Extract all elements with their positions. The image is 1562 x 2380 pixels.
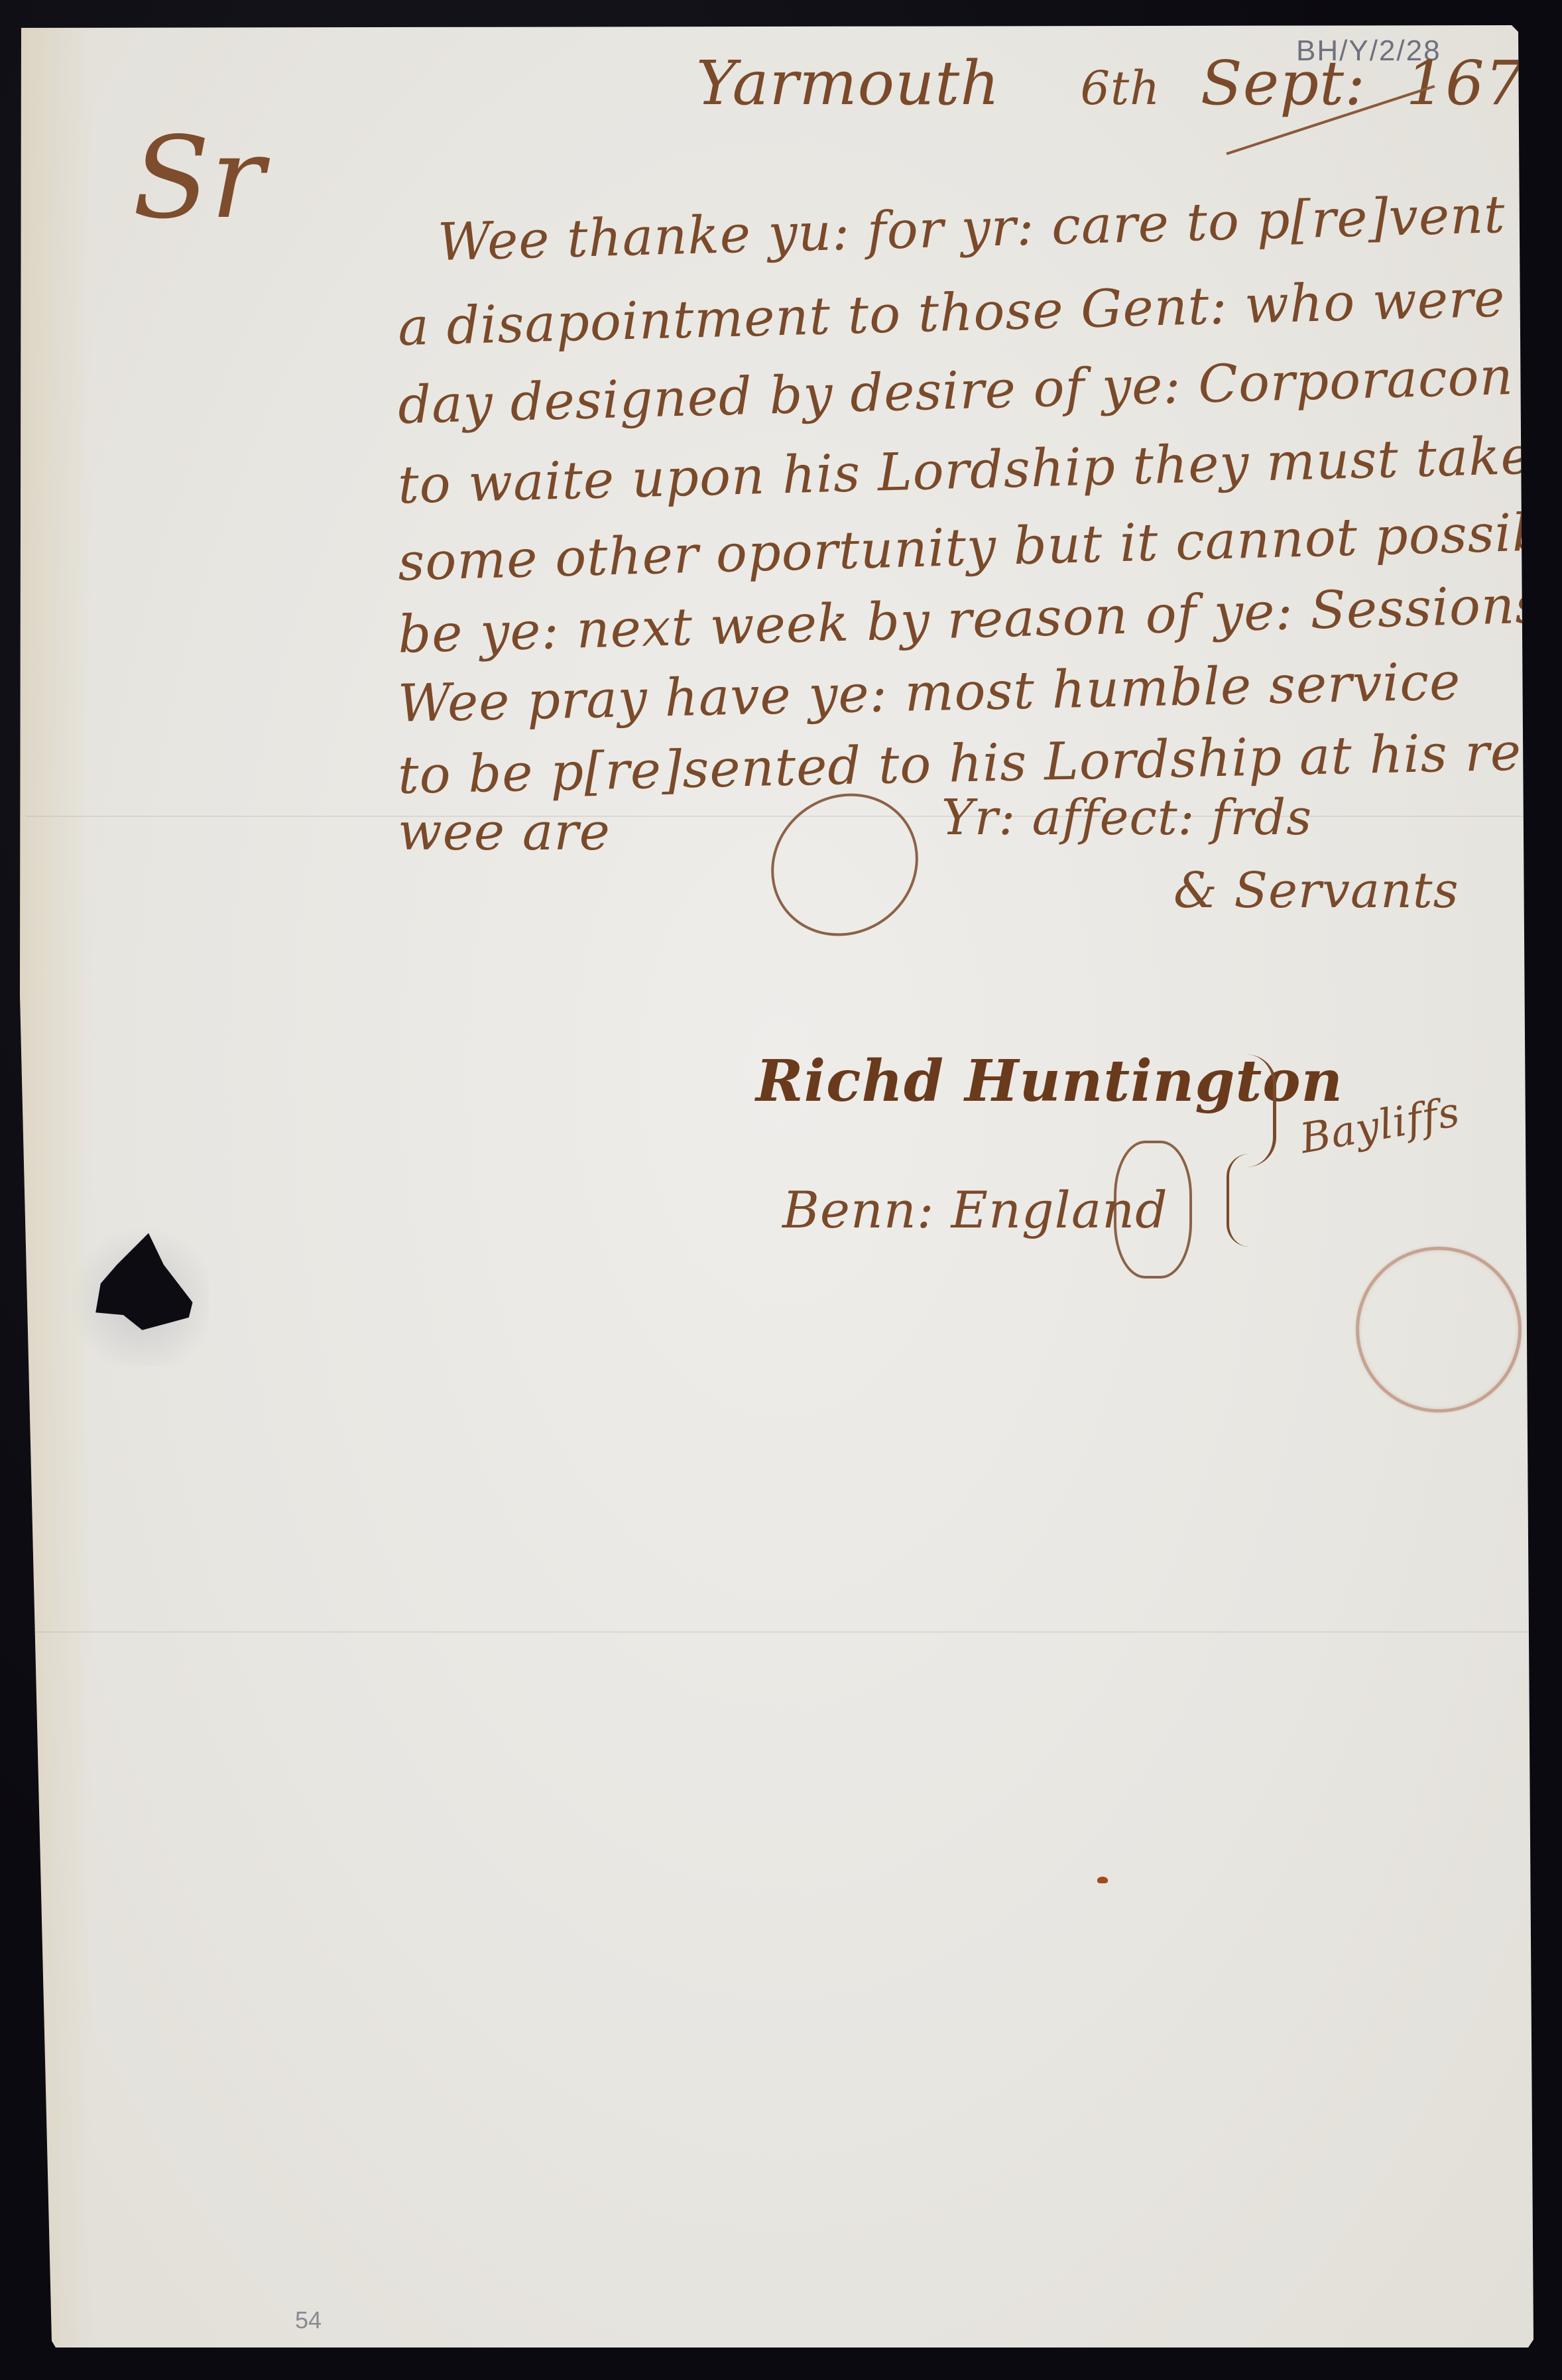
closing-line-1: Yr: affect: frds [941,789,1312,846]
signature-england: Benn: England [782,1180,1168,1239]
office-brace [1227,1154,1249,1247]
place: Yarmouth [696,48,1000,119]
letter-sheet: BH/Y/2/28 Sr Yarmouth 6th Sept: 1677 Wee… [0,0,1562,2380]
stain-ring [1356,1247,1522,1412]
closing-line-2: & Servants [1173,862,1459,919]
body-line-9: wee are [398,802,611,862]
salutation: Sr [133,113,265,244]
fold-line [27,1631,1529,1633]
signature-england-flourish [1114,1141,1192,1279]
folio-number: 54 [295,2306,322,2334]
body-line-6: be ye: next week by reason of ye: Sessio… [397,575,1543,664]
ink-spot [1097,1877,1108,1883]
body-line-2: a disapointment to those Gent: who were … [397,266,1562,357]
body-line-1: Wee thanke yu: for yr: care to p[re]vent [437,185,1506,273]
place-date: Yarmouth 6th Sept: 1677 [696,48,1562,119]
signature-brace [1246,1054,1276,1167]
body-line-7: Wee pray have ye: most humble service [397,652,1461,734]
day: 6th [1081,61,1161,115]
month: Sept: [1201,48,1366,119]
body-line-4: to waite upon his Lordship they must tak… [397,426,1533,516]
body-line-3: day designed by desire of ye: Corporacon [397,347,1514,436]
